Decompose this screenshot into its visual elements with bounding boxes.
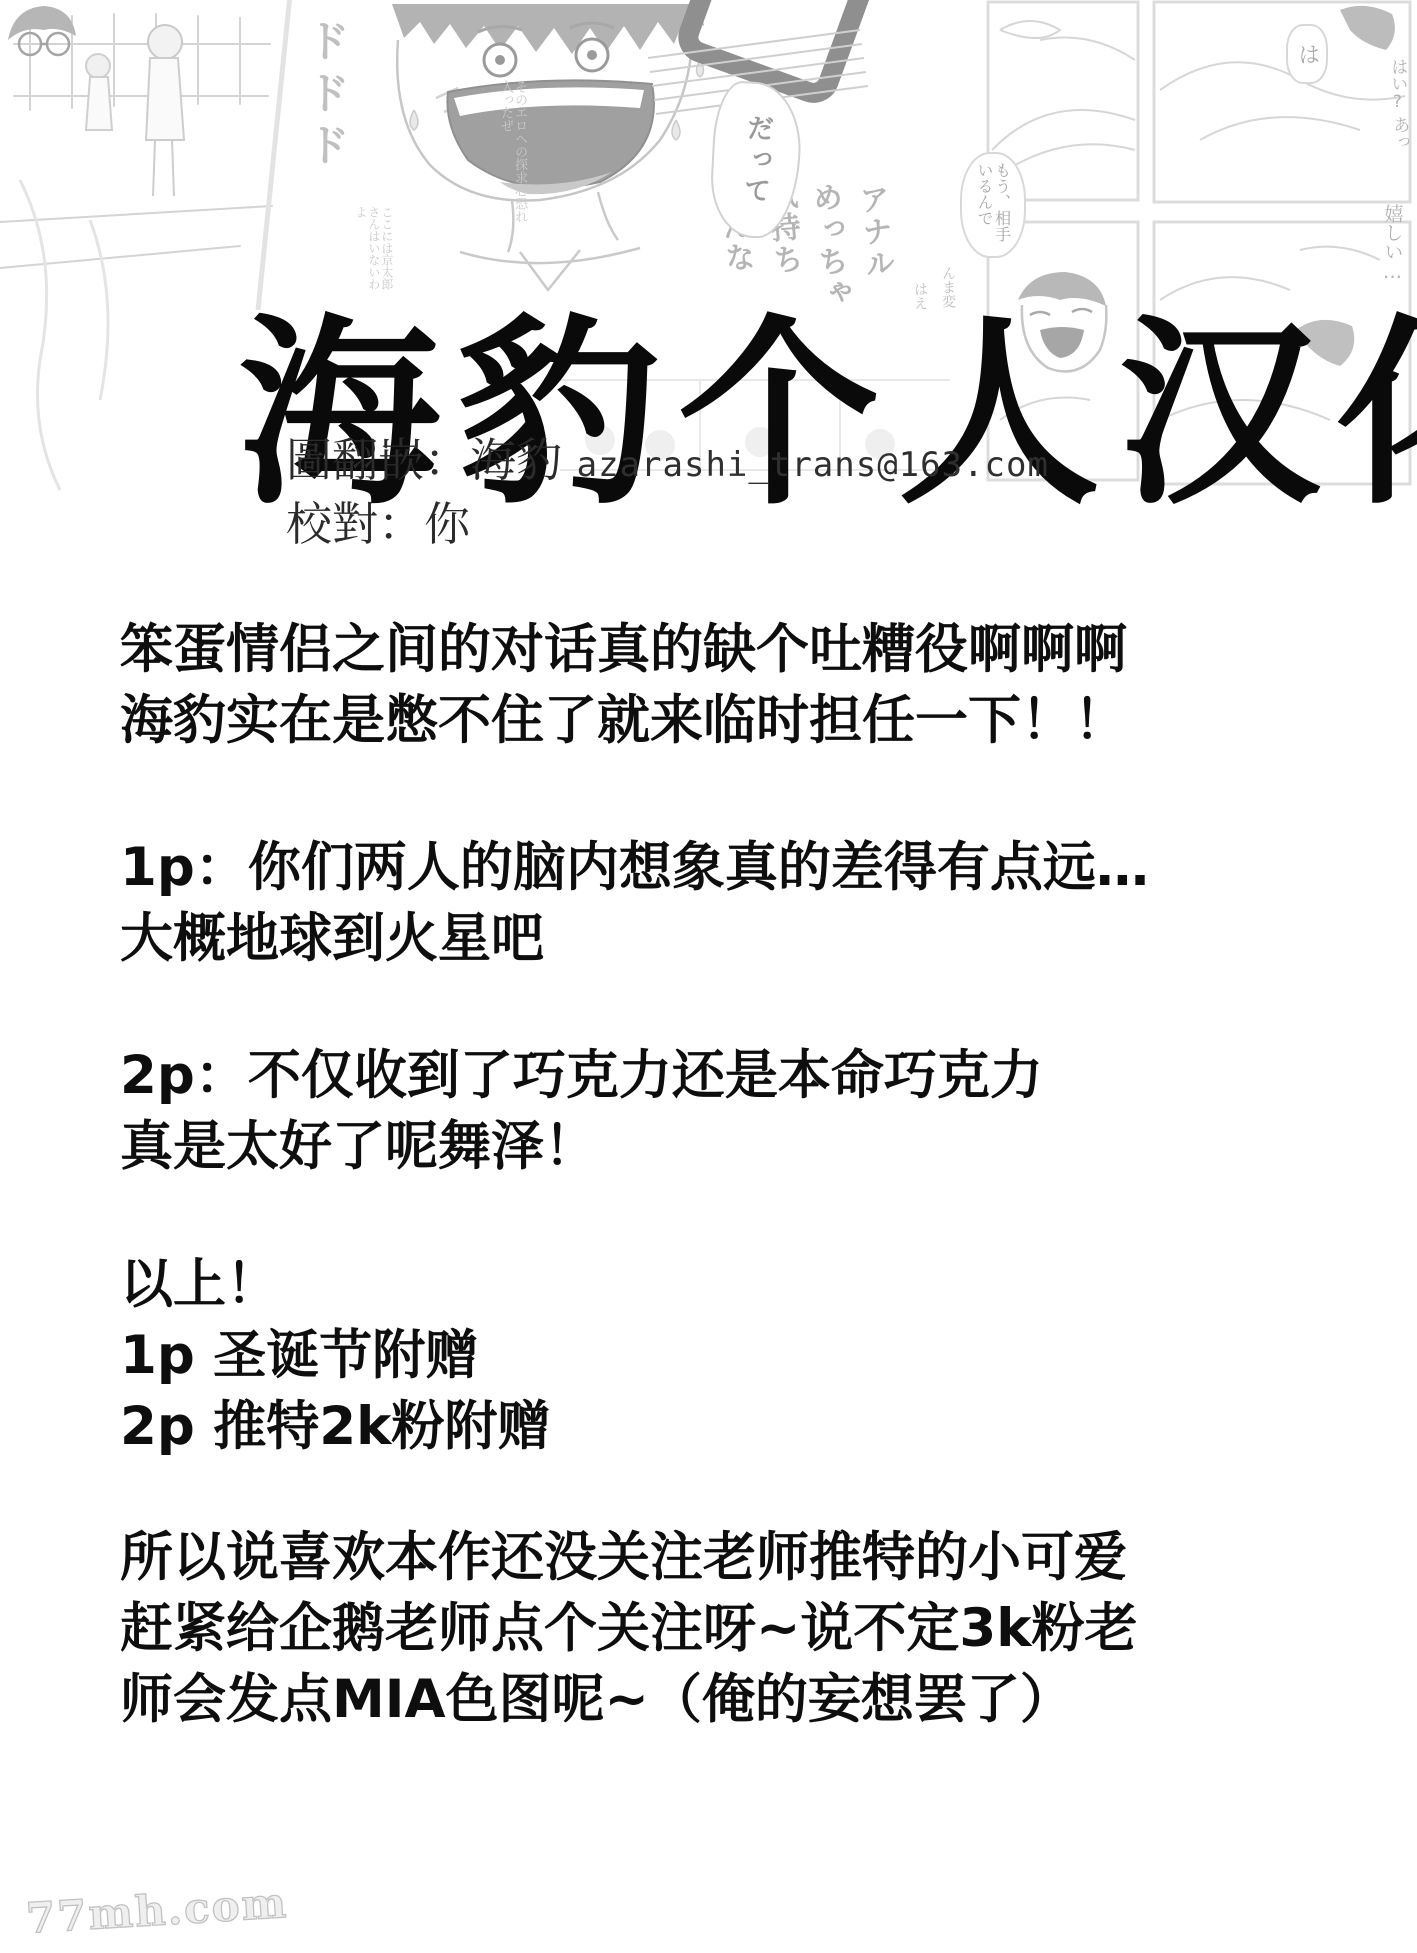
laughing-face — [392, 4, 704, 290]
figure-standing — [86, 25, 184, 196]
note-line: 以上！ — [120, 1249, 550, 1320]
note-paragraph-2p: 2p：不仅收到了巧克力还是本命巧克力 真是太好了呢舞泽！ — [120, 1040, 1043, 1182]
bg-text-datte: だって — [739, 113, 773, 207]
credit-line-translation: 圖翻嵌：海豹 azarashi_trans@163.com — [286, 424, 1049, 490]
bg-sfx-dododo: ドドド — [300, 18, 348, 203]
note-paragraph-summary: 以上！ 1p 圣诞节附赠 2p 推特2k粉附赠 — [120, 1249, 550, 1462]
bg-text-mou-aite: もう、相手いるんで — [975, 162, 1010, 248]
note-paragraph-1p: 1p：你们两人的脑内想象真的差得有点远… 大概地球到火星吧 — [120, 832, 1149, 974]
note-line: 1p：你们两人的脑内想象真的差得有点远… — [120, 832, 1149, 903]
note-line: 海豹实在是憋不住了就来临时担任一下！！ — [120, 685, 1127, 756]
credit-name: 你 — [424, 497, 470, 551]
note-line: 大概地球到火星吧 — [120, 903, 1149, 974]
note-line: 真是太好了呢舞泽！ — [120, 1111, 1043, 1182]
note-paragraph-intro: 笨蛋情侣之间的对话真的缺个吐糟役啊啊啊 海豹实在是憋不住了就来临时担任一下！！ — [120, 614, 1127, 756]
note-line: 赶紧给企鹅老师点个关注呀~说不定3k粉老 — [120, 1593, 1138, 1664]
bg-text-a: あっ — [1390, 116, 1408, 160]
credit-label: 圖翻嵌： — [286, 433, 470, 487]
speech-bubble-ha: は — [1286, 24, 1328, 84]
note-line: 师会发点MIA色图呢~（俺的妄想罢了） — [120, 1664, 1138, 1735]
glasses-character-topleft — [8, 6, 76, 55]
note-line: 2p：不仅收到了巧克力还是本命巧克力 — [120, 1040, 1043, 1111]
note-paragraph-follow: 所以说喜欢本作还没关注老师推特的小可爱 赶紧给企鹅老师点个关注呀~说不定3k粉老… — [120, 1522, 1138, 1735]
note-line: 1p 圣诞节附赠 — [120, 1320, 550, 1391]
note-line: 2p 推特2k粉附赠 — [120, 1391, 550, 1462]
credit-name: 海豹 — [470, 433, 562, 487]
speech-bubble-mou-aite: もう、相手いるんで — [960, 152, 1026, 258]
site-watermark: 77mh.com — [25, 1878, 290, 1943]
note-line: 所以说喜欢本作还没关注老师推特的小可爱 — [120, 1522, 1138, 1593]
bg-text-hai: はい? — [1388, 58, 1406, 120]
credit-email: azarashi_trans@163.com — [577, 445, 1049, 485]
bg-text-sonoero: そのエロへの探求心恐れ入ったぜ — [498, 80, 526, 235]
bg-text-ha: は — [1295, 43, 1319, 65]
bg-text-kokoniha: ここには京太郎さんはいないわよ — [354, 206, 393, 296]
note-line: 笨蛋情侣之间的对话真的缺个吐糟役啊啊啊 — [120, 614, 1127, 685]
credit-line-proofread: 校對：你 — [286, 488, 470, 554]
credit-label: 校對： — [286, 497, 424, 551]
